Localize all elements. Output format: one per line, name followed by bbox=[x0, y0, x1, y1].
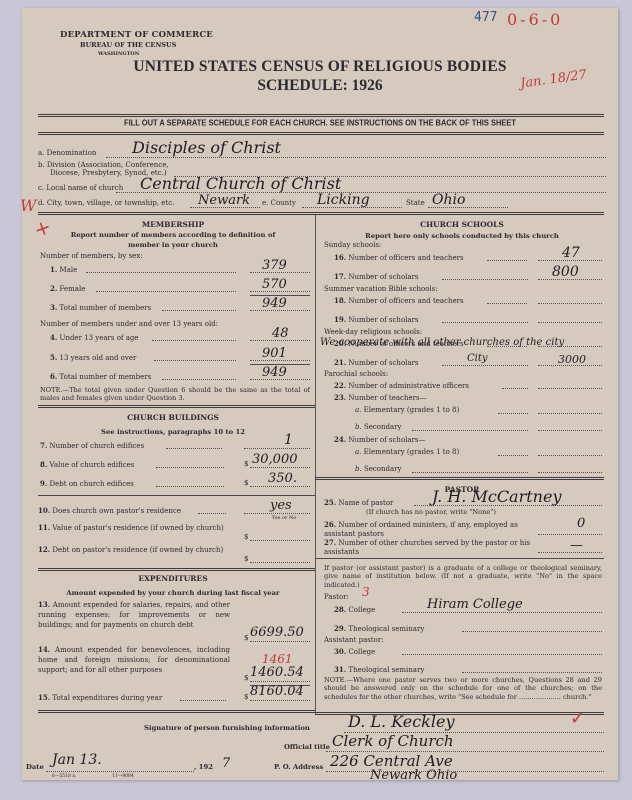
parochial-admin-label: 22. Number of administrative officers bbox=[334, 381, 469, 390]
expenditures-subheading: Amount expended by your church during la… bbox=[38, 588, 308, 598]
running-expenses-field[interactable]: 6699.50 bbox=[250, 625, 304, 640]
residence-value-field[interactable] bbox=[250, 540, 310, 541]
scholars-secondary-field[interactable] bbox=[538, 472, 602, 473]
check-mark: ✓ bbox=[570, 708, 585, 729]
address-line2-field[interactable]: Newark Ohio bbox=[370, 768, 457, 783]
dots bbox=[502, 388, 528, 389]
pastor-name-hint: (If church has no pastor, write "None") bbox=[366, 508, 496, 516]
date-field[interactable]: Jan 13. bbox=[52, 752, 102, 768]
total-2-dots bbox=[162, 379, 236, 380]
denomination-line bbox=[106, 157, 606, 158]
other-churches-label: 27. Number of other churches served by t… bbox=[324, 538, 532, 557]
sunday-schools-label: Sunday schools: bbox=[324, 241, 381, 249]
division-label-1: b. Division (Association, Conference, bbox=[38, 161, 169, 169]
dollar-sign: $ bbox=[244, 460, 248, 468]
weekday-schools-label: Week-day religious schools: bbox=[324, 328, 422, 336]
running-expenses-label: 13. Amount expended for salaries, repair… bbox=[38, 600, 230, 630]
over-13-label: 5. 13 years old and over bbox=[50, 353, 136, 362]
pastor-inner-divider bbox=[315, 558, 604, 559]
buildings-heading: CHURCH BUILDINGS bbox=[38, 413, 308, 422]
sunday-scholars-field[interactable]: 800 bbox=[552, 264, 579, 280]
year-prefix: , 192 bbox=[194, 763, 213, 771]
summer-officers-label: 18. Number of officers and teachers bbox=[334, 296, 464, 305]
expenditures-divider bbox=[38, 710, 315, 713]
dots bbox=[442, 279, 528, 280]
weekday-scholars-label: 21. Number of scholars bbox=[334, 358, 419, 367]
dots bbox=[412, 472, 528, 473]
address-label: P. O. Address bbox=[274, 763, 323, 771]
bureau-heading: BUREAU OF THE CENSUS bbox=[80, 41, 176, 49]
total-expenditures-label: 15. Total expenditures during year bbox=[38, 693, 162, 702]
dollar-sign: $ bbox=[244, 693, 248, 701]
owns-residence-dots bbox=[198, 513, 226, 514]
summer-schools-label: Summer vacation Bible schools: bbox=[324, 285, 438, 293]
city-label: d. City, town, village, or township, etc… bbox=[38, 199, 174, 207]
county-field[interactable]: Licking bbox=[317, 192, 370, 208]
male-dots bbox=[86, 272, 236, 273]
assistant-seminary-label: 31. Theological seminary bbox=[334, 665, 424, 674]
weekday-scholars-field[interactable]: 3000 bbox=[558, 353, 586, 366]
over-13-dots bbox=[154, 360, 236, 361]
edifices-debt-line bbox=[250, 486, 310, 487]
weekday-scholars-inline-note: City bbox=[467, 353, 488, 364]
department-heading: DEPARTMENT OF COMMERCE bbox=[60, 30, 213, 40]
parochial-scholars-label: 24. Number of scholars— bbox=[334, 435, 426, 444]
pastor-name-field[interactable]: J. H. McCartney bbox=[432, 487, 561, 506]
owns-residence-label: 10. Does church own pastor's residence bbox=[38, 506, 181, 515]
edifices-debt-label: 9. Debt on church edifices bbox=[40, 479, 134, 488]
residence-value-label: 11. Value of pastor's residence (if owne… bbox=[38, 523, 228, 533]
denomination-label: a. Denomination bbox=[38, 149, 96, 157]
schools-subheading: Report here only schools conducted by th… bbox=[320, 231, 604, 241]
weekday-handwritten-note: We cooperate with all other churches of … bbox=[320, 337, 564, 348]
dots bbox=[412, 430, 528, 431]
assistant-college-field[interactable] bbox=[402, 654, 602, 655]
benevolences-label: 14. Amount expended for benevolences, in… bbox=[38, 645, 230, 675]
yes-no-hint: Yes or No bbox=[272, 515, 296, 521]
total-members-label: 3. Total number of members bbox=[50, 303, 151, 312]
total-dots bbox=[162, 310, 236, 311]
benevolences-line bbox=[250, 681, 310, 682]
schools-divider bbox=[315, 477, 604, 480]
census-schedule-sheet: DEPARTMENT OF COMMERCE BUREAU OF THE CEN… bbox=[22, 8, 618, 780]
dots bbox=[487, 260, 527, 261]
stamp-number: 477 bbox=[474, 10, 497, 25]
schools-heading: CHURCH SCHOOLS bbox=[320, 220, 604, 229]
scholars-elementary-field[interactable] bbox=[538, 455, 602, 456]
dots bbox=[498, 455, 528, 456]
official-title-field[interactable]: Clerk of Church bbox=[332, 732, 454, 750]
summer-scholars-label: 19. Number of scholars bbox=[334, 315, 419, 324]
edifices-value-field[interactable]: 30,000 bbox=[252, 452, 298, 467]
under-13-label: 4. Under 13 years of age bbox=[50, 333, 139, 342]
total-expenditures-dots bbox=[180, 700, 226, 701]
assistant-ministers-field[interactable]: 0 bbox=[577, 516, 585, 531]
pastor-college-field[interactable]: Hiram College bbox=[427, 597, 523, 612]
sunday-scholars-label: 17. Number of scholars bbox=[334, 272, 419, 281]
dots bbox=[487, 303, 527, 304]
pastor-seminary-label: 29. Theological seminary bbox=[334, 624, 424, 633]
city-heading: WASHINGTON bbox=[98, 51, 139, 57]
parochial-schools-label: Parochial schools: bbox=[324, 370, 388, 378]
local-name-label: c. Local name of church bbox=[38, 184, 123, 192]
members-by-sex-label: Number of members, by sex: bbox=[40, 252, 143, 260]
total-members-2-field[interactable]: 949 bbox=[262, 365, 287, 380]
buildings-divider bbox=[38, 568, 315, 571]
form-code: 6—5518 a. bbox=[52, 774, 76, 779]
residence-debt-label: 12. Debt on pastor's residence (if owned… bbox=[38, 545, 228, 555]
summer-scholars-field[interactable] bbox=[538, 322, 602, 323]
dots bbox=[442, 322, 528, 323]
edifices-debt-dots bbox=[156, 486, 224, 487]
instruction-banner: FILL OUT A SEPARATE SCHEDULE FOR EACH CH… bbox=[22, 117, 618, 127]
pastor-edu-label: Pastor: bbox=[324, 593, 349, 601]
edifices-value-line bbox=[250, 467, 310, 468]
summer-officers-field[interactable] bbox=[538, 303, 602, 304]
dollar-sign: $ bbox=[244, 533, 248, 541]
under-13-dots bbox=[152, 340, 236, 341]
benevolences-red-annotation: 1461 bbox=[262, 652, 293, 666]
over-13-field[interactable]: 901 bbox=[262, 346, 287, 361]
total-members-2-label: 6. Total number of members bbox=[50, 372, 151, 381]
edifices-debt-field[interactable]: 350. bbox=[268, 471, 297, 486]
year-field[interactable]: 7 bbox=[222, 756, 230, 771]
schedule-title: SCHEDULE: 1926 bbox=[22, 77, 618, 95]
female-dots bbox=[96, 291, 236, 292]
city-field[interactable]: Newark bbox=[198, 193, 250, 208]
parochial-admin-field[interactable] bbox=[538, 388, 602, 389]
dots bbox=[498, 413, 528, 414]
edifices-count-label: 7. Number of church edifices bbox=[40, 441, 144, 450]
column-divider bbox=[315, 215, 316, 715]
assistant-ministers-label: 26. Number of ordained ministers, if any… bbox=[324, 520, 532, 539]
teachers-secondary-field[interactable] bbox=[538, 430, 602, 431]
owns-residence-field[interactable]: yes bbox=[270, 498, 292, 513]
residence-debt-field[interactable] bbox=[250, 562, 310, 563]
state-field[interactable]: Ohio bbox=[432, 192, 465, 208]
instruction-divider bbox=[38, 132, 604, 135]
edifices-value-label: 8. Value of church edifices bbox=[40, 460, 134, 469]
assistant-college-label: 30. College bbox=[334, 647, 375, 656]
sunday-officers-field[interactable]: 47 bbox=[562, 245, 580, 261]
membership-divider bbox=[38, 405, 315, 408]
expenditures-heading: EXPENDITURES bbox=[38, 574, 308, 583]
denomination-field[interactable]: Disciples of Christ bbox=[132, 138, 281, 157]
code-annotation: 0-6-0 bbox=[507, 10, 563, 29]
pastor-name-label: 25. Name of pastor bbox=[324, 498, 393, 507]
teachers-elementary-field[interactable] bbox=[538, 413, 602, 414]
official-title-label: Official title bbox=[284, 743, 330, 751]
assistant-seminary-field[interactable] bbox=[462, 672, 602, 673]
edifices-line bbox=[244, 448, 310, 449]
benevolences-field[interactable]: 1460.54 bbox=[250, 665, 304, 680]
edifices-dots bbox=[166, 448, 222, 449]
buildings-inner-divider bbox=[38, 495, 315, 496]
red-mark: 3 bbox=[362, 585, 370, 599]
dollar-sign: $ bbox=[244, 674, 248, 682]
female-count-field[interactable]: 570 bbox=[262, 277, 287, 292]
state-label: State bbox=[406, 199, 425, 207]
teachers-secondary-label: b. Secondary bbox=[355, 423, 402, 431]
dollar-sign: $ bbox=[244, 634, 248, 642]
pastor-seminary-field[interactable] bbox=[462, 631, 602, 632]
pastor-note: NOTE.—Where one pastor serves two or mor… bbox=[324, 676, 602, 701]
running-expenses-line bbox=[250, 641, 310, 642]
date-label: Date bbox=[26, 763, 44, 771]
pastor-college-label: 28. College bbox=[334, 605, 375, 614]
teachers-elementary-label: a. Elementary (grades 1 to 8) bbox=[355, 406, 459, 414]
membership-heading: MEMBERSHIP bbox=[38, 220, 308, 229]
edifices-count-field[interactable]: 1 bbox=[284, 432, 293, 448]
date-line bbox=[46, 771, 194, 772]
address-line bbox=[326, 771, 604, 772]
female-label: 2. Female bbox=[50, 284, 85, 293]
members-by-age-label: Number of members under and over 13 year… bbox=[40, 320, 218, 328]
dollar-sign: $ bbox=[244, 479, 248, 487]
pastor-college-line bbox=[402, 612, 602, 613]
print-code: 11—9084 bbox=[112, 774, 134, 779]
under-13-field[interactable]: 48 bbox=[272, 326, 289, 341]
form-title: UNITED STATES CENSUS OF RELIGIOUS BODIES bbox=[22, 58, 618, 76]
sunday-officers-label: 16. Number of officers and teachers bbox=[334, 253, 464, 262]
male-label: 1. Male bbox=[50, 265, 77, 274]
local-name-field[interactable]: Central Church of Christ bbox=[140, 174, 341, 193]
answer-line bbox=[538, 534, 602, 535]
other-churches-field[interactable]: — bbox=[570, 538, 583, 553]
membership-subheading: Report number of members according to de… bbox=[62, 230, 284, 250]
signature-field[interactable]: D. L. Keckley bbox=[348, 712, 455, 731]
dots bbox=[442, 365, 528, 366]
buildings-subheading: See instructions, paragraphs 10 to 12 bbox=[38, 427, 308, 437]
total-members-field[interactable]: 949 bbox=[262, 296, 287, 311]
county-label: e. County bbox=[262, 199, 296, 207]
identity-divider bbox=[38, 212, 604, 215]
assistant-edu-label: Assistant pastor: bbox=[324, 636, 384, 644]
male-count-field[interactable]: 379 bbox=[262, 258, 287, 273]
signature-label: Signature of person furnishing informati… bbox=[144, 724, 310, 732]
total-expenditures-line bbox=[250, 700, 310, 701]
edifices-value-dots bbox=[156, 467, 224, 468]
dollar-sign: $ bbox=[244, 555, 248, 563]
total-expenditures-field[interactable]: 8160.04 bbox=[250, 684, 304, 699]
parochial-teachers-label: 23. Number of teachers— bbox=[334, 393, 427, 402]
margin-w-mark: W bbox=[20, 196, 36, 215]
owns-residence-line bbox=[244, 513, 310, 514]
scholars-secondary-label: b. Secondary bbox=[355, 465, 402, 473]
membership-note: NOTE.—The total given under Question 6 s… bbox=[40, 386, 310, 403]
scholars-elementary-label: a. Elementary (grades 1 to 8) bbox=[355, 448, 459, 456]
